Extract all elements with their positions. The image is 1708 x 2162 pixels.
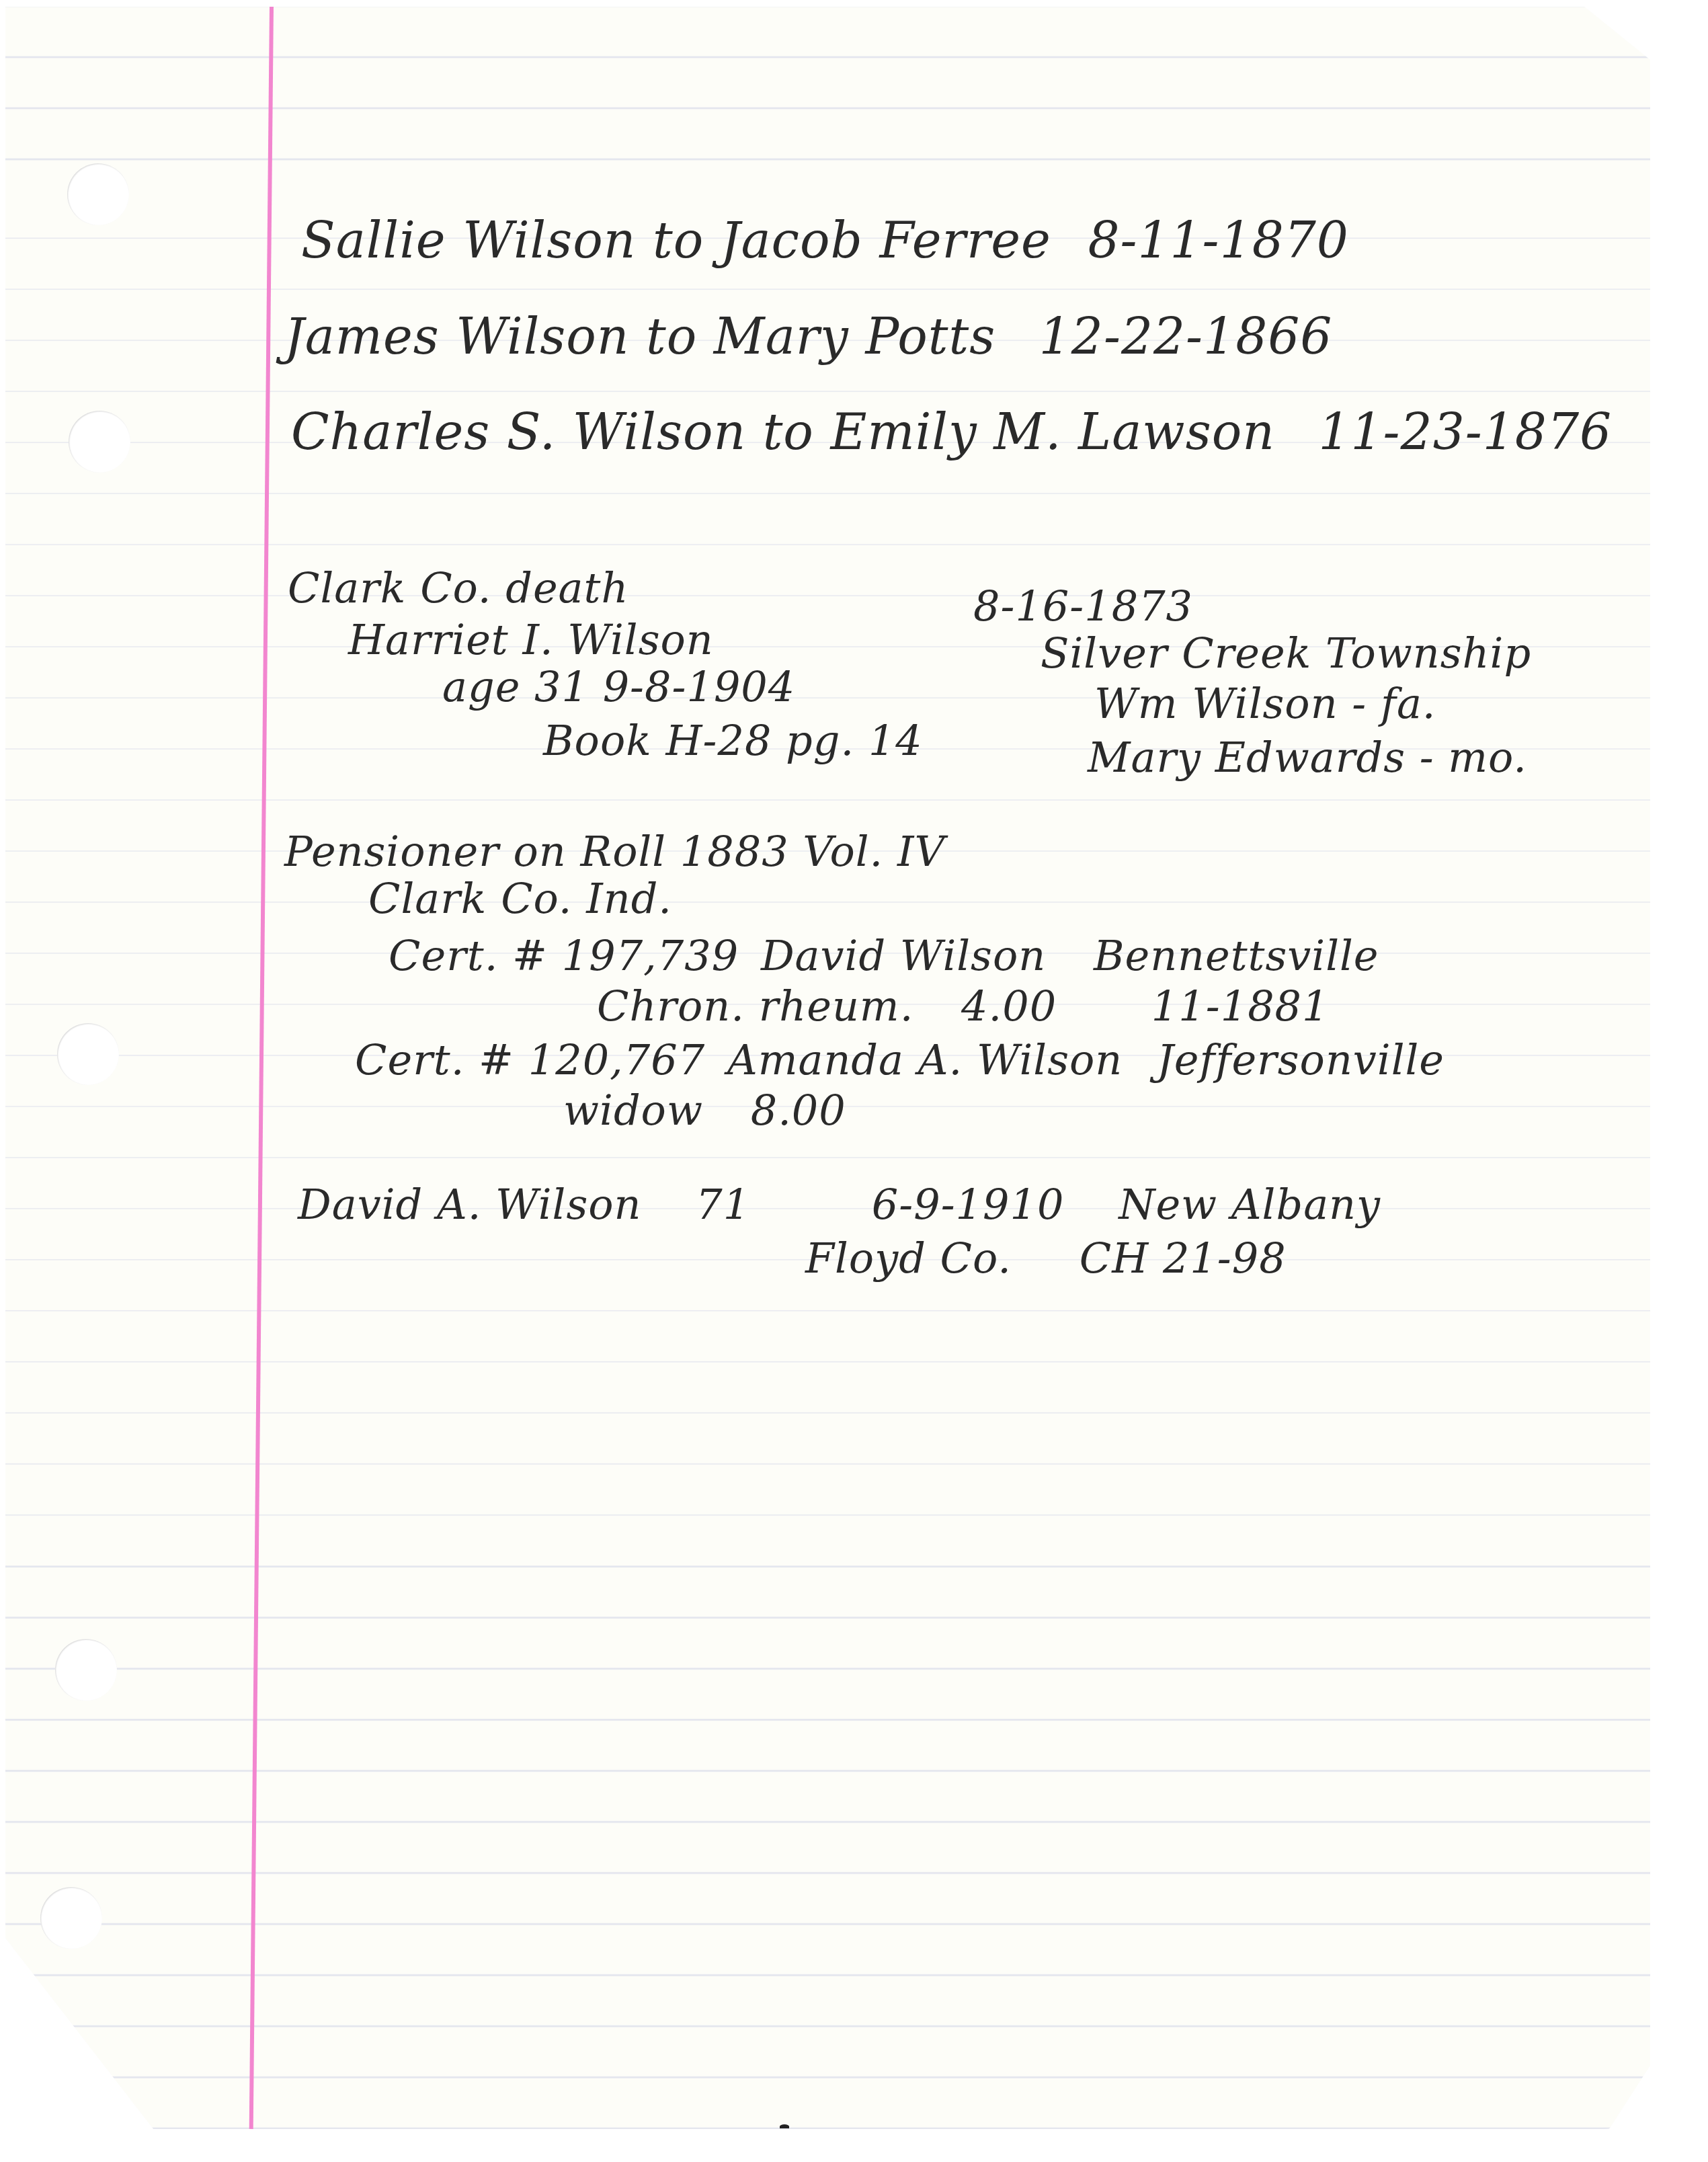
final-date: 6-9-1910 xyxy=(872,1180,1065,1229)
marriage-1-date: 8-11-1870 xyxy=(1088,212,1349,270)
marriage-2: James Wilson to Mary Potts 12-22-1866 xyxy=(284,308,1332,366)
pension-2-cert: Cert. # 120,767 xyxy=(355,1035,705,1084)
death-place: Silver Creek Township xyxy=(1041,629,1531,678)
punch-hole xyxy=(69,411,130,473)
pension-1-place: Bennettsville xyxy=(1094,931,1379,980)
pension-entry-2-detail: widow 8.00 xyxy=(563,1086,846,1135)
death-book: Book H-28 pg. 14 xyxy=(543,716,923,765)
marriage-3: Charles S. Wilson to Emily M. Lawson 11-… xyxy=(291,403,1612,461)
scan-speck xyxy=(780,2124,789,2128)
notebook-page: Sallie Wilson to Jacob Ferree 8-11-1870 … xyxy=(5,7,1650,2129)
death-father: Wm Wilson - fa. xyxy=(1094,679,1436,728)
margin-line xyxy=(249,7,274,2129)
final-record-line-1: David A. Wilson 71 6-9-1910 New Albany xyxy=(298,1180,1381,1229)
final-county: Floyd Co. xyxy=(805,1234,1012,1283)
pension-1-date: 11-1881 xyxy=(1151,982,1330,1031)
pension-subheading: Clark Co. Ind. xyxy=(368,874,672,923)
final-age: 71 xyxy=(696,1180,750,1229)
pension-entry-2: Cert. # 120,767 Amanda A. Wilson Jeffers… xyxy=(355,1035,1445,1084)
pension-heading: Pensioner on Roll 1883 Vol. IV xyxy=(284,827,945,876)
death-name: Harriet I. Wilson xyxy=(348,615,714,664)
marriage-2-text: James Wilson to Mary Potts xyxy=(284,308,995,366)
pension-entry-1-detail: Chron. rheum. 4.00 11-1881 xyxy=(597,982,1330,1031)
punch-hole xyxy=(55,1639,117,1701)
punch-hole xyxy=(67,163,129,225)
pension-1-detail: Chron. rheum. xyxy=(597,982,913,1031)
marriage-1-text: Sallie Wilson to Jacob Ferree xyxy=(301,212,1051,270)
death-heading: Clark Co. death xyxy=(288,563,628,612)
marriage-3-date: 11-23-1876 xyxy=(1318,403,1612,461)
final-ref: CH 21-98 xyxy=(1080,1234,1287,1283)
pension-1-amount: 4.00 xyxy=(961,982,1057,1031)
final-place: New Albany xyxy=(1119,1180,1381,1229)
punch-hole xyxy=(40,1887,102,1949)
death-date-top: 8-16-1873 xyxy=(973,582,1193,631)
pension-1-name: David Wilson xyxy=(761,931,1046,980)
death-age-line: age 31 9-8-1904 xyxy=(442,662,795,711)
marriage-2-date: 12-22-1866 xyxy=(1039,308,1333,366)
pension-2-place: Jeffersonville xyxy=(1157,1035,1445,1084)
death-mother: Mary Edwards - mo. xyxy=(1088,733,1527,782)
final-name: David A. Wilson xyxy=(298,1180,641,1229)
pension-1-cert: Cert. # 197,739 xyxy=(389,931,739,980)
pension-2-detail: widow xyxy=(563,1086,703,1135)
punch-hole xyxy=(57,1023,119,1085)
pension-2-name: Amanda A. Wilson xyxy=(727,1035,1123,1084)
marriage-1: Sallie Wilson to Jacob Ferree 8-11-1870 xyxy=(301,212,1349,270)
pension-entry-1: Cert. # 197,739 David Wilson Bennettsvil… xyxy=(389,931,1379,980)
marriage-3-text: Charles S. Wilson to Emily M. Lawson xyxy=(291,403,1275,461)
pension-2-amount: 8.00 xyxy=(751,1086,846,1135)
final-record-line-2: Floyd Co. CH 21-98 xyxy=(805,1234,1287,1283)
